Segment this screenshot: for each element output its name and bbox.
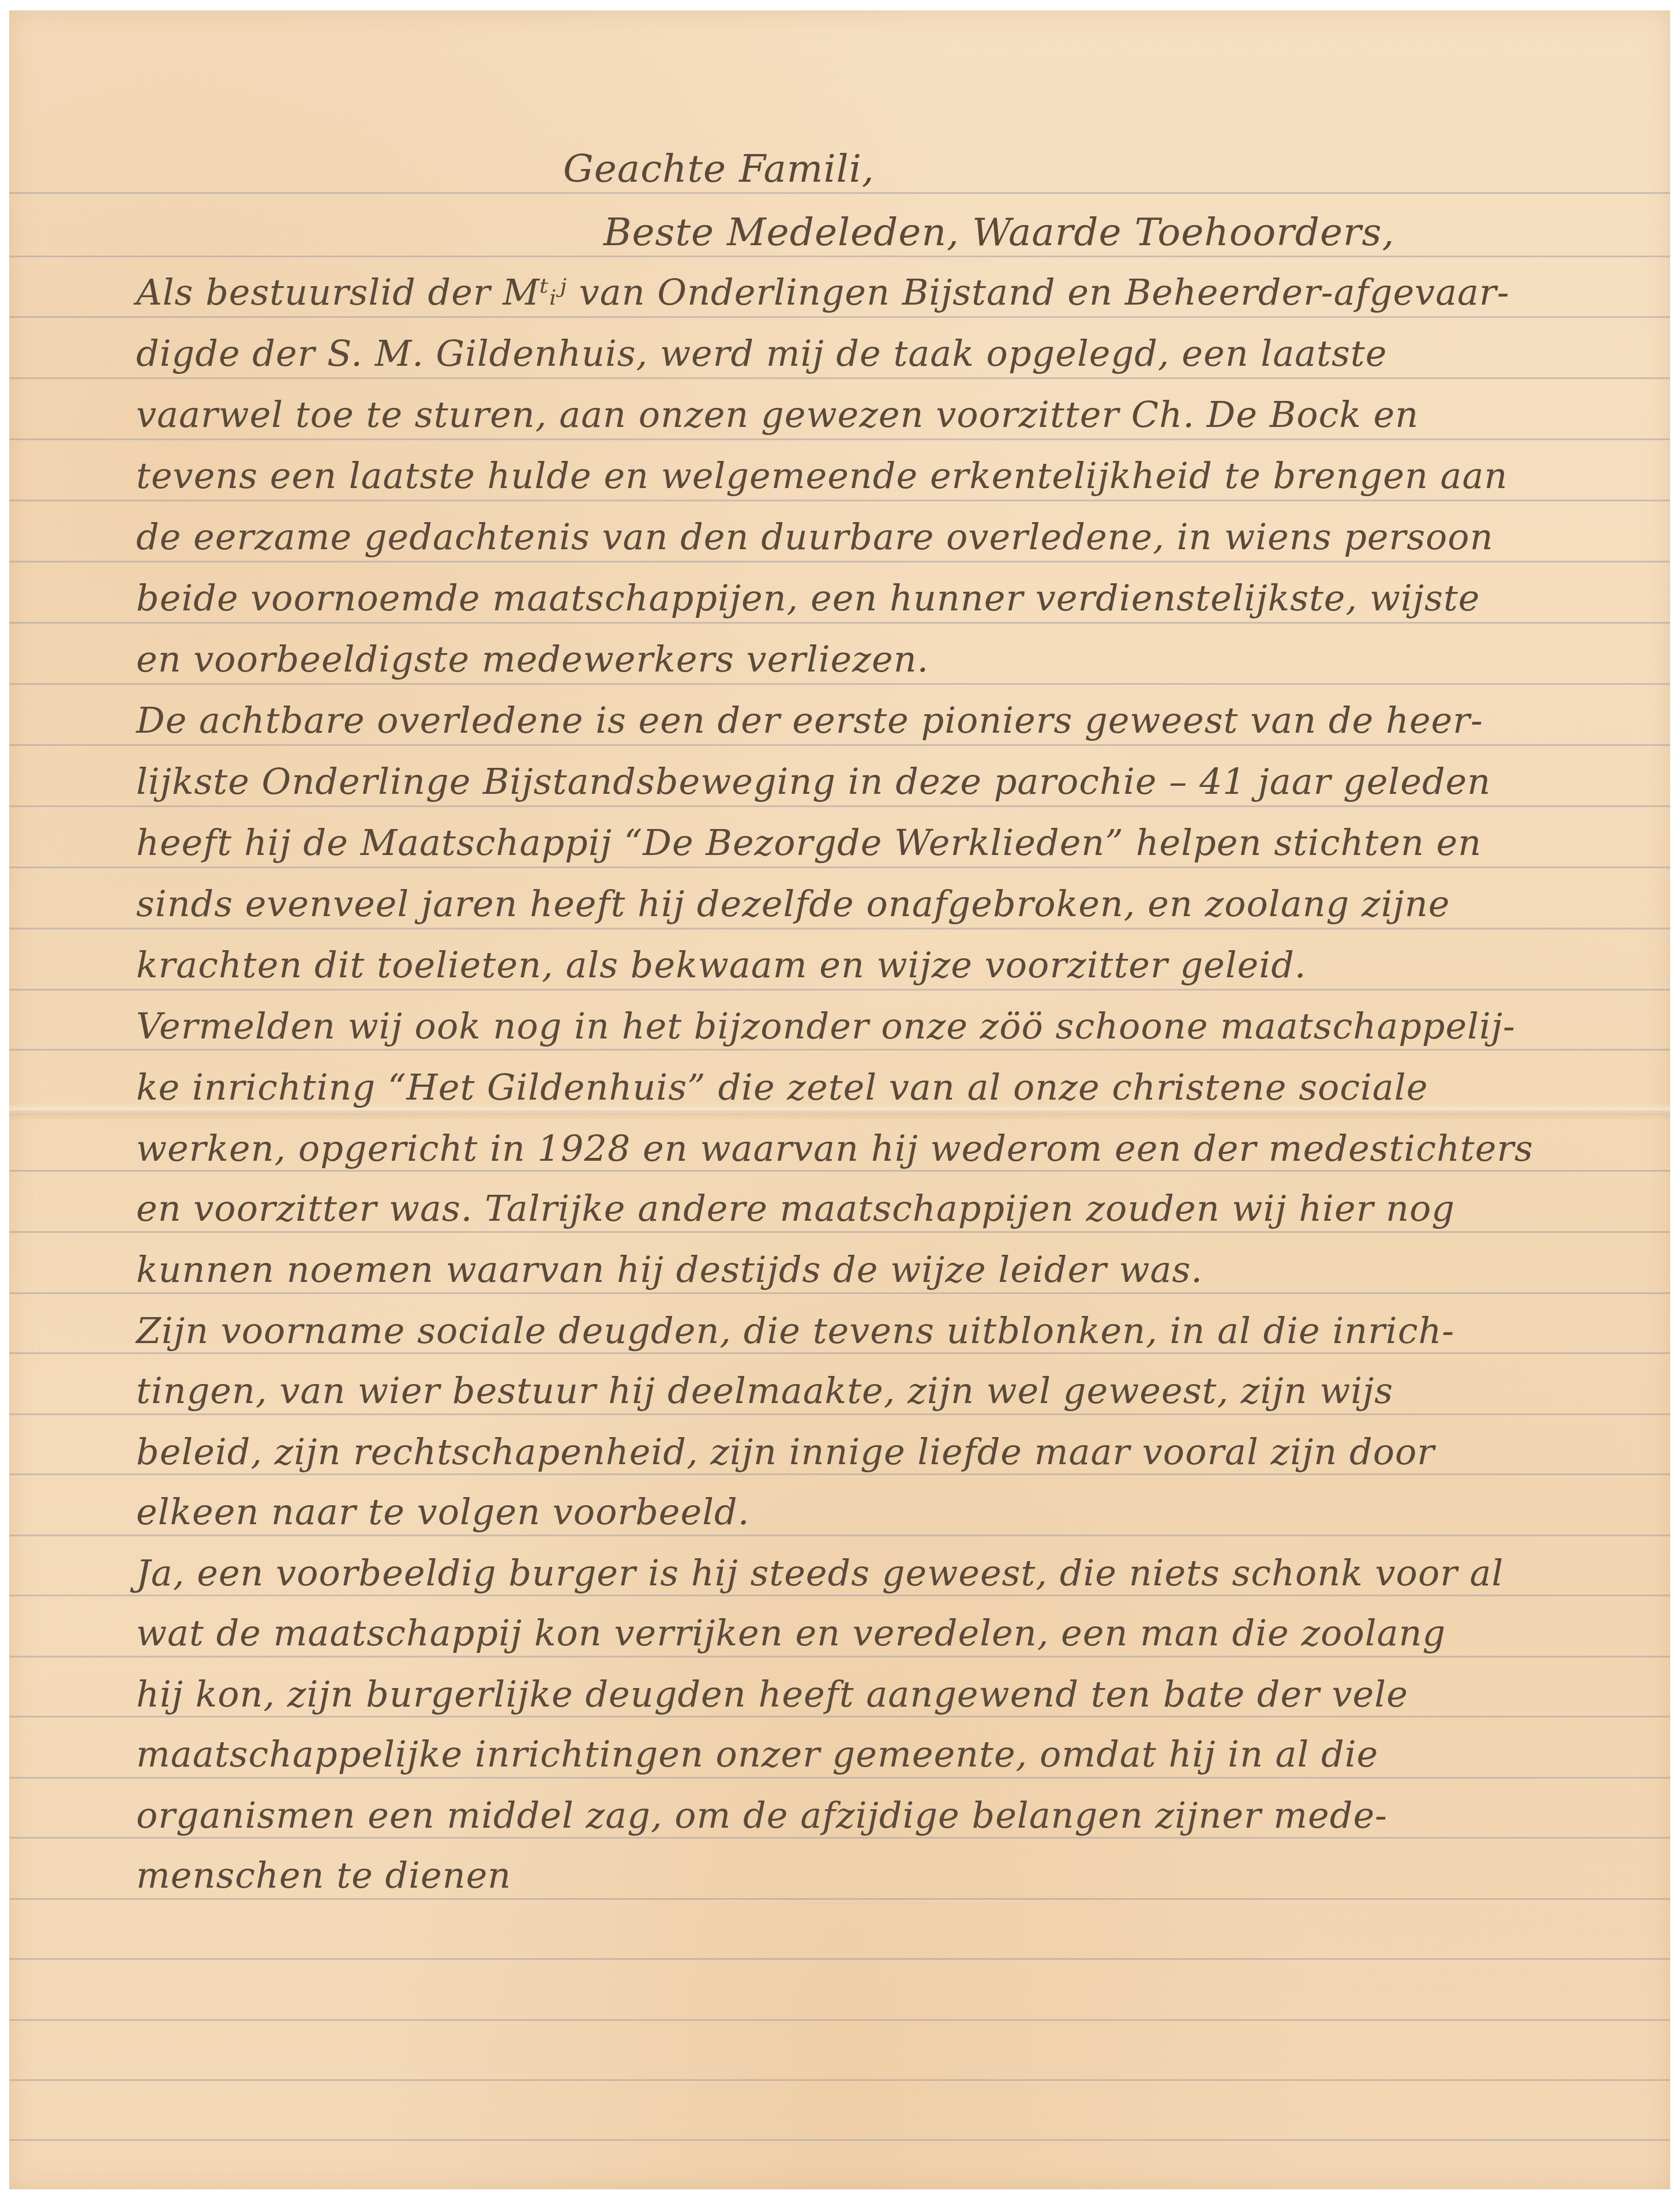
ruled-line bbox=[9, 1413, 1670, 1415]
ruled-line bbox=[9, 1716, 1670, 1717]
ruled-line bbox=[9, 316, 1670, 318]
ruled-line bbox=[9, 1170, 1670, 1172]
ruled-line bbox=[9, 561, 1670, 562]
body-line: wat de maatschappij kon verrijken en ver… bbox=[136, 1615, 1446, 1651]
body-line: tingen, van wier bestuur hij deelmaakte,… bbox=[136, 1373, 1393, 1409]
body-line: tevens een laatste hulde en welgemeende … bbox=[136, 458, 1507, 494]
ruled-line bbox=[9, 1958, 1670, 1960]
body-line: menschen te dienen bbox=[136, 1858, 511, 1893]
body-line: Zijn voorname sociale deugden, die teven… bbox=[136, 1313, 1454, 1349]
body-line: Vermelden wij ook nog in het bijzonder o… bbox=[136, 1008, 1516, 1044]
ruled-line bbox=[9, 256, 1670, 257]
body-line: lijkste Onderlinge Bijstandsbeweging in … bbox=[136, 764, 1491, 800]
ruled-line bbox=[9, 1595, 1670, 1596]
body-line: maatschappelijke inrichtingen onzer geme… bbox=[136, 1737, 1378, 1772]
body-line: kunnen noemen waarvan hij destijds de wi… bbox=[136, 1252, 1203, 1288]
body-line: organismen een middel zag, om de afzijdi… bbox=[136, 1798, 1387, 1833]
body-line: digde der S. M. Gildenhuis, werd mij de … bbox=[136, 336, 1387, 372]
ruled-line bbox=[9, 1898, 1670, 1900]
body-line: heeft hij de Maatschappij “De Bezorgde W… bbox=[136, 825, 1482, 861]
ruled-line bbox=[9, 744, 1670, 746]
body-line: ke inrichting “Het Gildenhuis” die zetel… bbox=[136, 1070, 1428, 1105]
ruled-line bbox=[9, 1535, 1670, 1536]
ruled-line bbox=[9, 1292, 1670, 1294]
ruled-line bbox=[9, 2139, 1670, 2141]
ruled-line bbox=[9, 192, 1670, 194]
body-line: en voorzitter was. Talrijke andere maats… bbox=[136, 1191, 1455, 1227]
ruled-line bbox=[9, 438, 1670, 440]
ruled-line bbox=[9, 1837, 1670, 1839]
ruled-line bbox=[9, 805, 1670, 807]
ruled-line bbox=[9, 377, 1670, 379]
body-line: De achtbare overledene is een der eerste… bbox=[136, 703, 1483, 738]
body-line: vaarwel toe te sturen, aan onzen gewezen… bbox=[136, 397, 1419, 433]
body-line: en voorbeeldigste medewerkers verliezen. bbox=[136, 642, 929, 677]
body-line: beide voornoemde maatschappijen, een hun… bbox=[136, 580, 1480, 616]
ruled-line bbox=[9, 1777, 1670, 1779]
body-line: Als bestuurslid der Mᵗᵢʲ van Onderlingen… bbox=[136, 275, 1510, 310]
ruled-line bbox=[9, 2079, 1670, 2081]
ruled-line bbox=[9, 622, 1670, 624]
body-line: Ja, een voorbeeldig burger is hij steeds… bbox=[136, 1555, 1503, 1591]
ruled-line bbox=[9, 1352, 1670, 1354]
ruled-line bbox=[9, 500, 1670, 501]
letter-sheet: Geachte Famili, Beste Medeleden, Waarde … bbox=[9, 10, 1670, 2189]
ruled-line bbox=[9, 1049, 1670, 1051]
body-line: hij kon, zijn burgerlijke deugden heeft … bbox=[136, 1677, 1408, 1712]
ruled-line bbox=[9, 928, 1670, 929]
body-line: sinds evenveel jaren heeft hij dezelfde … bbox=[136, 886, 1450, 922]
ruled-line bbox=[9, 1231, 1670, 1233]
ruled-line bbox=[9, 989, 1670, 991]
body-line: beleid, zijn rechtschapenheid, zijn inni… bbox=[136, 1434, 1435, 1470]
salutation-line-1: Geachte Famili, bbox=[563, 150, 875, 188]
body-line: krachten dit toelieten, als bekwaam en w… bbox=[136, 947, 1307, 983]
body-line: elkeen naar te volgen voorbeeld. bbox=[136, 1494, 749, 1530]
ruled-line bbox=[9, 2019, 1670, 2021]
ruled-line bbox=[9, 1473, 1670, 1475]
salutation-line-2: Beste Medeleden, Waarde Toehoorders, bbox=[603, 213, 1394, 252]
ruled-line bbox=[9, 683, 1670, 685]
body-line: werken, opgericht in 1928 en waarvan hij… bbox=[136, 1131, 1533, 1167]
ruled-line bbox=[9, 867, 1670, 868]
body-line: de eerzame gedachtenis van den duurbare … bbox=[136, 519, 1494, 555]
ruled-line bbox=[9, 1656, 1670, 1657]
